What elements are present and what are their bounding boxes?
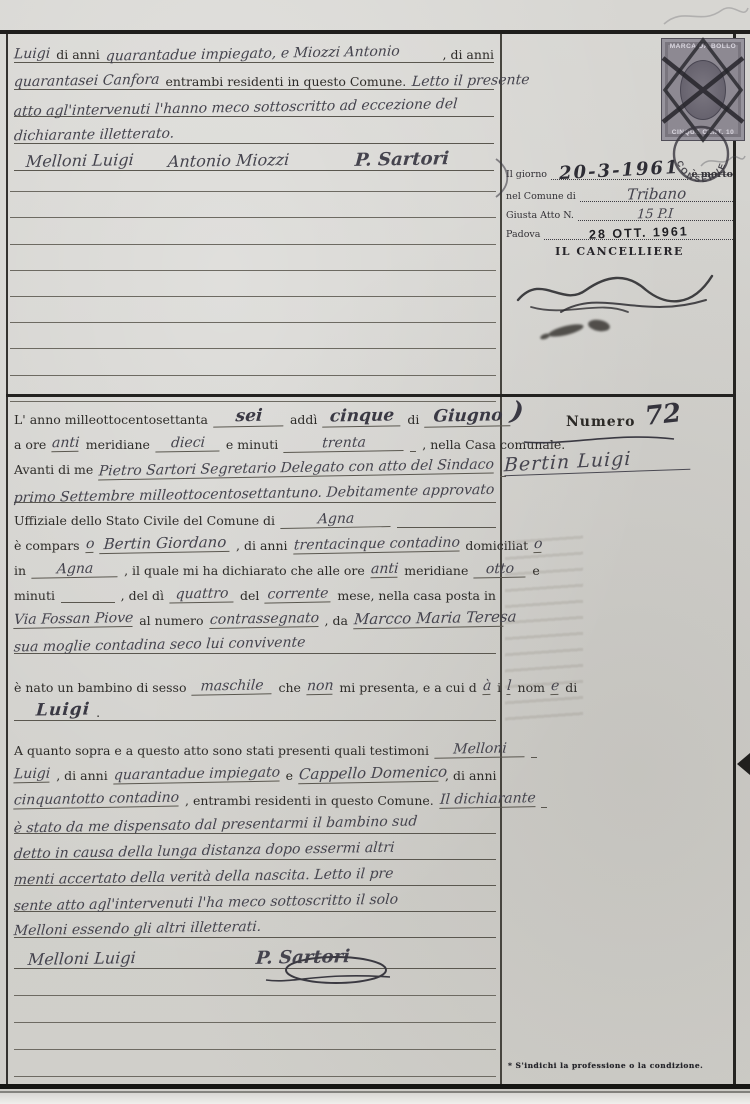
act-number-value: 72 xyxy=(644,398,683,432)
handwritten-text: sente atto agl'intervenuti l'ha meco sot… xyxy=(13,892,398,915)
printed-label: al numero xyxy=(139,613,203,628)
printed-label: mese, nella casa posta in xyxy=(337,588,496,603)
printed-label: a ore xyxy=(14,437,46,452)
previous-act-closing: Luigi di anni quarantadue impiegato, e M… xyxy=(14,36,494,171)
handwritten-day: quattro xyxy=(169,585,234,603)
ruled-line xyxy=(10,166,496,192)
form-line: quarantasei Canfora entrambi residenti i… xyxy=(14,63,494,90)
form-line-ora: a ore anti meridiane dieci e minuti tren… xyxy=(14,427,496,452)
form-line-residenti: cinquantotto contadino , entrambi reside… xyxy=(14,783,496,808)
printed-label: Padova xyxy=(506,229,540,240)
frame-right-border xyxy=(733,33,736,1086)
svg-text:CONSERVE: CONSERVE xyxy=(675,159,728,184)
document-page: Luigi di anni quarantadue impiegato, e M… xyxy=(0,0,750,1104)
dotted-rule: 15 P.I xyxy=(578,207,733,221)
faint-scribble xyxy=(660,2,750,30)
printed-label: Giusta Atto N. xyxy=(506,210,574,221)
printed-label: meridiane xyxy=(86,437,150,452)
rule-fill xyxy=(397,525,496,528)
ruled-line xyxy=(10,323,496,349)
signatures-line: Melloni Luigi P. Sartori xyxy=(14,938,496,969)
printed-label: Uffiziale dello Stato Civile del Comune … xyxy=(14,513,275,528)
handwritten-age-profession: cinquantotto contadino xyxy=(13,790,179,810)
handwritten-text: menti accertato della verità della nasci… xyxy=(13,866,394,889)
cancelliere-signature xyxy=(506,260,724,326)
handwritten-comune: Agna xyxy=(280,510,391,529)
form-line-testimoni2: Luigi , di anni quarantadue impiegato e … xyxy=(14,758,496,783)
form-line: primo Settembre milleottocentosettantuno… xyxy=(14,477,496,503)
rule-fill xyxy=(500,500,506,502)
rule-fill xyxy=(404,909,496,911)
stamp-effigy-oval xyxy=(680,60,726,120)
registrant-name: Bertin Luigi xyxy=(504,448,632,477)
form-line: Luigi di anni quarantadue impiegato, e M… xyxy=(14,36,494,63)
form-line-ufficiale: Avanti di me Pietro Sartori Segretario D… xyxy=(14,452,496,477)
handwritten-year: sei xyxy=(213,405,285,427)
printed-label: Avanti di me xyxy=(14,462,93,477)
printed-label: del xyxy=(240,588,259,603)
printed-label: A quanto sopra e a questo atto sono stat… xyxy=(14,743,429,758)
handwritten-street: Via Fossan Piove xyxy=(13,610,134,629)
handwritten-value: quarantadue impiegato, e Miozzi Antonio xyxy=(105,43,400,64)
handwritten-paragraph-line: Melloni essendo gli altri illetterati. xyxy=(14,912,496,938)
printed-label: mi presenta, e a cui d xyxy=(339,680,476,695)
form-line-nome: Luigi . xyxy=(14,695,496,721)
form-line-minuti: minuti , del dì quattro del corrente mes… xyxy=(14,578,496,603)
handwritten-witness: Melloni xyxy=(434,740,525,759)
page-edge-mark xyxy=(737,753,750,775)
date-stamp: 28 OTT. 1961 xyxy=(589,224,689,241)
blank-rule xyxy=(61,600,115,603)
printed-label: , di anni xyxy=(445,768,496,783)
rule-fill xyxy=(536,87,542,89)
printed-label: minuti xyxy=(14,588,55,603)
ruled-line xyxy=(10,192,496,218)
handwritten-meridian: anti xyxy=(52,435,81,452)
printed-label: . xyxy=(96,705,100,720)
ink-smudge xyxy=(539,332,550,340)
handwritten-text: dichiarante illetterato. xyxy=(13,126,174,145)
rule-fill xyxy=(410,449,416,452)
paper-edge xyxy=(0,1093,750,1104)
rule-fill xyxy=(541,805,547,808)
printed-label: nel Comune di xyxy=(506,191,576,202)
blank-ruled-lines xyxy=(14,969,496,1077)
form-line-nato: è nato un bambino di sesso maschile che … xyxy=(14,670,496,695)
form-line-comparso: è compars o Bertin Giordano , di anni tr… xyxy=(14,528,496,553)
printed-label: , di anni xyxy=(56,768,107,783)
ruled-line xyxy=(10,271,496,297)
handwritten-declarant: Bertin Giordano xyxy=(99,533,231,554)
handwritten-number: contrassegnato xyxy=(209,610,319,629)
printed-label: i xyxy=(497,680,501,695)
form-line-anno: L' anno milleottocentosettanta sei addì … xyxy=(14,402,496,427)
handwritten-text: Il dichiarante xyxy=(439,790,536,809)
printed-label: , il quale mi ha dichiarato che alle ore xyxy=(124,563,365,578)
handwritten-letter: o xyxy=(85,536,95,553)
printed-label: entrambi residenti in questo Comune. xyxy=(165,74,406,89)
postmark-text: CONSERVE xyxy=(675,159,728,184)
printed-label: , di anni xyxy=(443,47,494,62)
printed-label: , di anni xyxy=(236,538,287,553)
handwritten-paragraph-line: detto in causa della lunga distanza dopo… xyxy=(14,834,496,860)
printed-label: è nato un bambino di sesso xyxy=(14,680,186,695)
rule-fill xyxy=(423,831,496,833)
handwritten-paragraph-line: menti accertato della verità della nasci… xyxy=(14,860,496,886)
printed-label: , da xyxy=(325,613,348,628)
rule-fill xyxy=(399,883,496,885)
rule-fill xyxy=(311,651,496,653)
printed-label: in xyxy=(14,563,26,578)
signature-flourish xyxy=(264,952,394,986)
printed-label: meridiane xyxy=(404,563,468,578)
ruled-line xyxy=(10,349,496,375)
printed-label: e minuti xyxy=(226,437,278,452)
printed-label: che xyxy=(278,680,300,695)
stamp-top-text: MARCA DA BOLLO xyxy=(670,43,736,50)
handwritten-sex: maschile xyxy=(192,677,273,695)
printed-label: , del dì xyxy=(121,588,164,603)
frame-top-border xyxy=(0,30,750,34)
blank-ruled-lines xyxy=(10,166,496,402)
form-footnote: * S'indichi la professione o la condizio… xyxy=(508,1061,730,1070)
handwritten-name: Luigi xyxy=(13,46,50,63)
handwritten-death-date: 20-3-1961 xyxy=(558,157,680,184)
handwritten-child-name: Luigi xyxy=(35,700,91,721)
rule-fill xyxy=(106,718,496,720)
handwritten-word: non xyxy=(306,678,334,695)
handwritten-age-profession: quarantadue impiegato xyxy=(113,765,280,785)
numero-label: Numero xyxy=(566,414,635,430)
act-number-row: Numero 72 xyxy=(506,400,734,450)
cancelliere-label: IL CANCELLIERE xyxy=(506,245,733,258)
ruled-line xyxy=(14,969,496,996)
number-flourish xyxy=(520,430,680,446)
bleed-through-texture xyxy=(505,528,583,723)
annotation-row-atto: Giusta Atto N. 15 P.I xyxy=(506,207,733,221)
rule-fill xyxy=(400,857,496,859)
frame-bottom-border xyxy=(0,1084,750,1089)
ruled-line xyxy=(10,245,496,271)
printed-label: addì xyxy=(290,412,317,427)
handwritten-month-ref: corrente xyxy=(265,585,332,603)
handwritten-paragraph-line: è stato da me dispensato dal presentarmi… xyxy=(14,808,496,834)
handwritten-month: Giugno xyxy=(425,405,513,427)
rule-fill xyxy=(267,935,496,937)
handwritten-value: Letto il presente xyxy=(412,72,531,90)
ruled-line xyxy=(10,376,496,402)
form-line-comune: Uffiziale dello Stato Civile del Comune … xyxy=(14,503,496,528)
handwritten-age-profession: trentacinque contadino xyxy=(293,535,460,555)
handwritten-atto-number: 15 P.I xyxy=(637,207,674,223)
handwritten-text: detto in causa della lunga distanza dopo… xyxy=(13,840,395,863)
form-line: atto agl'intervenuti l'hanno meco sottos… xyxy=(14,90,494,117)
handwritten-minutes: trenta xyxy=(284,434,405,453)
handwritten-comune: Agna xyxy=(31,560,118,578)
stray-pen-mark xyxy=(488,156,514,200)
handwritten-letter: à xyxy=(482,678,492,695)
signature: Melloni Luigi xyxy=(27,948,136,969)
printed-label: di xyxy=(407,412,419,427)
birth-act-body: L' anno milleottocentosettanta sei addì … xyxy=(14,402,496,1077)
handwritten-mother: Marcco Maria Teresa xyxy=(353,608,505,630)
form-line: sua moglie contadina seco lui convivente xyxy=(14,628,496,654)
ruled-line xyxy=(14,1023,496,1050)
form-line-testimoni: A quanto sopra e a questo atto sono stat… xyxy=(14,733,496,758)
rule-fill xyxy=(531,755,537,758)
printed-label: , entrambi residenti in questo Comune. xyxy=(185,793,434,808)
ruled-line xyxy=(14,1050,496,1077)
handwritten-witness: Luigi xyxy=(13,766,50,784)
handwritten-meridian: anti xyxy=(370,561,399,578)
handwritten-day: cinque xyxy=(323,405,403,427)
postmark-icon: CONSERVE xyxy=(664,124,742,190)
ruled-line xyxy=(14,996,496,1023)
handwritten-value: quarantasei Canfora xyxy=(13,72,160,91)
ruled-line xyxy=(10,297,496,323)
printed-label: è compars xyxy=(14,538,80,553)
frame-left-border xyxy=(6,30,8,1088)
handwritten-paragraph-line: sente atto agl'intervenuti l'ha meco sot… xyxy=(14,886,496,912)
handwritten-text: Melloni essendo gli altri illetterati. xyxy=(13,919,261,939)
dotted-rule: 28 OTT. 1961 xyxy=(544,226,733,240)
handwritten-hour: dieci xyxy=(155,434,220,452)
rule-fill xyxy=(180,141,494,143)
rule-fill xyxy=(405,60,436,62)
form-line: dichiarante illetterato. xyxy=(14,117,494,144)
printed-label: e xyxy=(286,768,293,783)
rule-fill xyxy=(463,114,494,116)
handwritten-witness: Cappello Domenico xyxy=(298,763,440,784)
ruled-line xyxy=(10,218,496,244)
handwritten-text: sua moglie contadina seco lui convivente xyxy=(13,634,306,655)
form-line-domicilio: in Agna , il quale mi ha dichiarato che … xyxy=(14,553,496,578)
form-line-casa: Via Fossan Piove al numero contrassegnat… xyxy=(14,603,496,628)
annotation-row-padova: Padova 28 OTT. 1961 xyxy=(506,226,733,240)
printed-label: L' anno milleottocentosettanta xyxy=(14,412,208,427)
printed-label: di anni xyxy=(56,47,100,62)
